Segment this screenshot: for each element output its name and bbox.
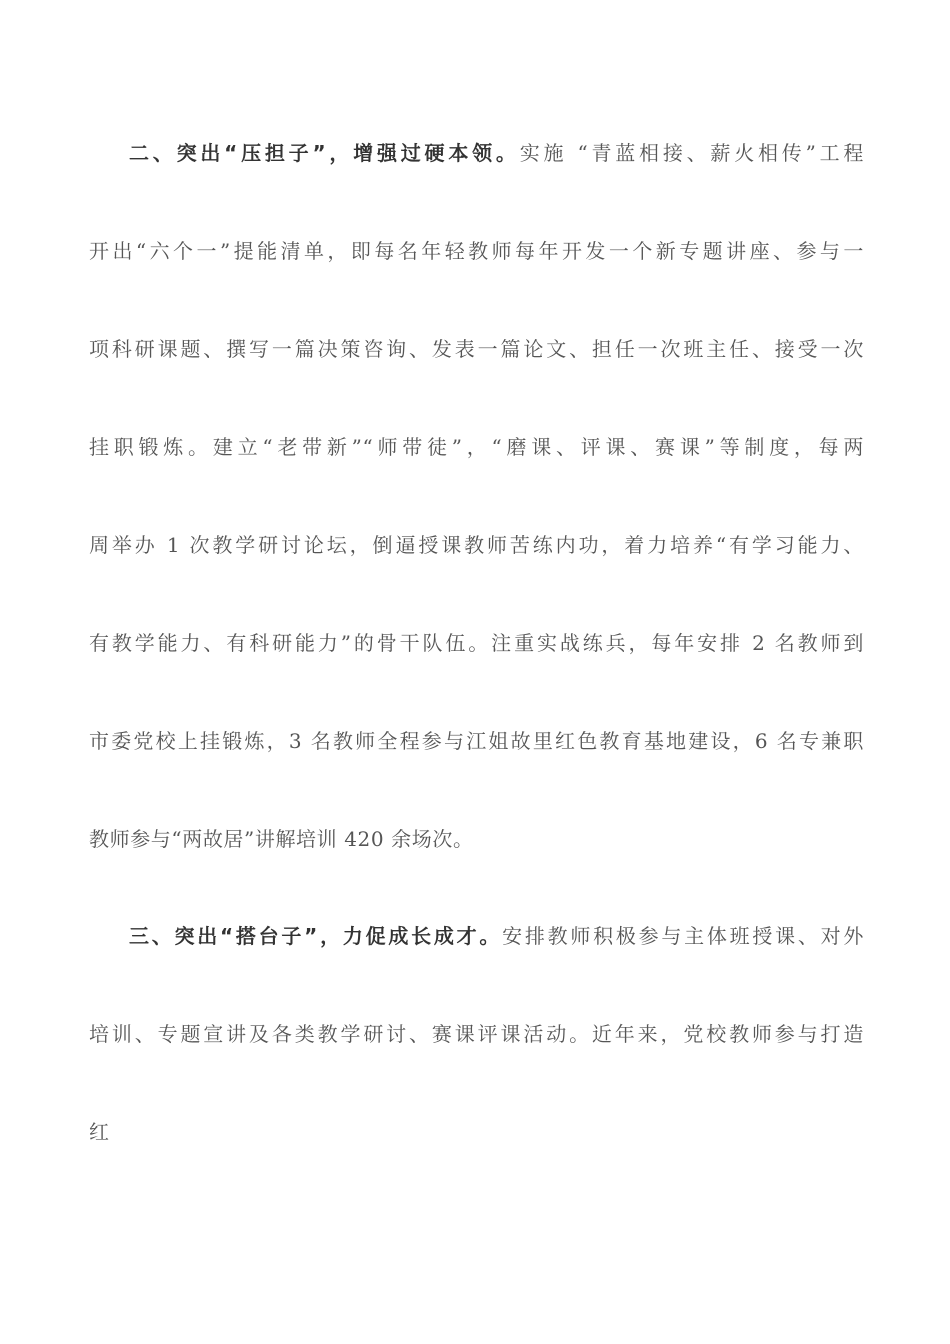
paragraph-3-line-1: 三、突出“搭台子”，力促成长成才。安排教师积极参与主体班授课、对外 <box>129 921 864 951</box>
paragraph-3-line-3: 红 <box>89 1117 110 1147</box>
section-heading-2: 二、突出“压担子”，增强过硬本领。 <box>129 141 520 165</box>
section-heading-3: 三、突出“搭台子”，力促成长成才。 <box>129 924 502 948</box>
paragraph-2-line-3: 项科研课题、撰写一篇决策咨询、发表一篇论文、担任一次班主任、接受一次 <box>89 334 864 364</box>
paragraph-2-line-2: 开出“六个一”提能清单，即每名年轻教师每年开发一个新专题讲座、参与一 <box>89 236 864 266</box>
document-page: 二、突出“压担子”，增强过硬本领。实施 “青蓝相接、薪火相传”工程 开出“六个一… <box>0 0 950 1344</box>
paragraph-2-line-4: 挂职锻炼。建立“老带新”“师带徒”，“磨课、评课、赛课”等制度，每两 <box>89 432 864 462</box>
paragraph-text: 安排教师积极参与主体班授课、对外 <box>502 924 864 948</box>
paragraph-3-line-2: 培训、专题宣讲及各类教学研讨、赛课评课活动。近年来，党校教师参与打造 <box>89 1019 864 1049</box>
paragraph-2-line-5: 周举办 1 次教学研讨论坛，倒逼授课教师苦练内功，着力培养“有学习能力、 <box>89 530 864 560</box>
paragraph-2-line-7: 市委党校上挂锻炼，3 名教师全程参与江姐故里红色教育基地建设，6 名专兼职 <box>89 726 864 756</box>
paragraph-text: 实施 “青蓝相接、薪火相传”工程 <box>520 141 864 165</box>
paragraph-2-line-8: 教师参与“两故居”讲解培训 420 余场次。 <box>89 824 474 854</box>
paragraph-2-line-6: 有教学能力、有科研能力”的骨干队伍。注重实战练兵，每年安排 2 名教师到 <box>89 628 864 658</box>
paragraph-2-line-1: 二、突出“压担子”，增强过硬本领。实施 “青蓝相接、薪火相传”工程 <box>129 138 864 168</box>
